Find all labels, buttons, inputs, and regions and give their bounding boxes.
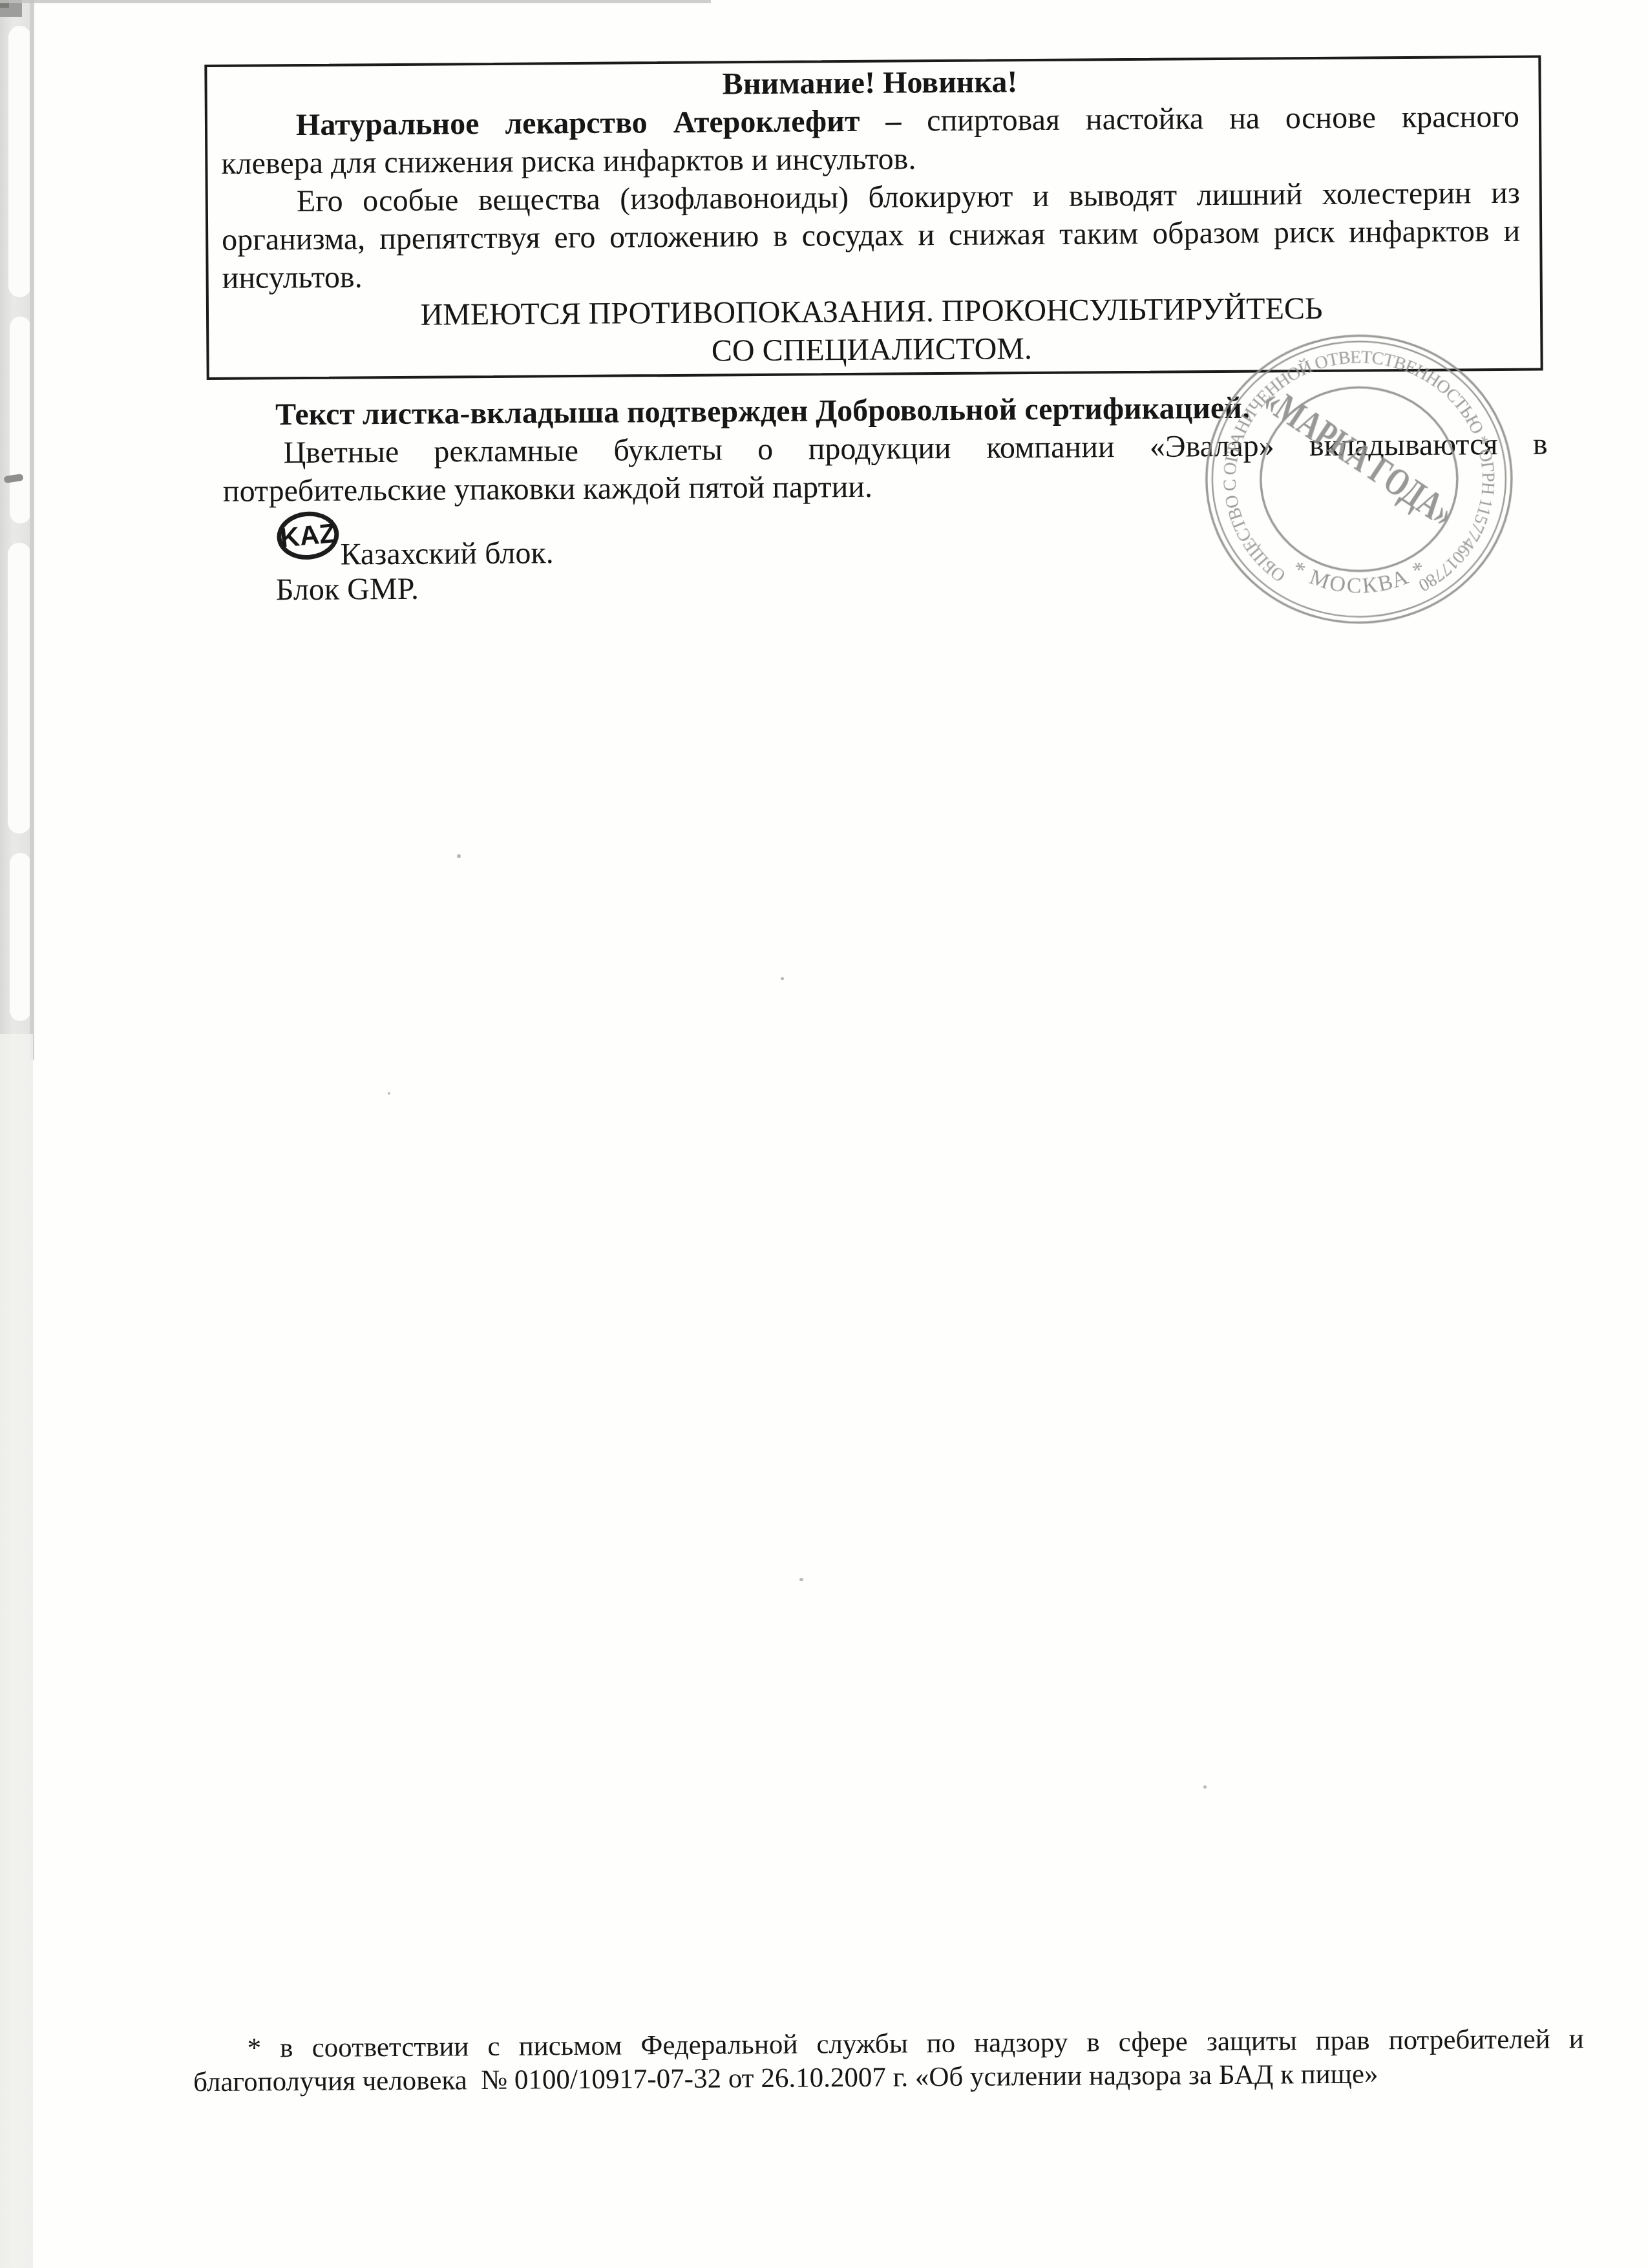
kaz-stamp-icon: KAZ: [275, 509, 341, 563]
product-name-bold: Натуральное лекарство Атероклефит –: [296, 103, 902, 142]
scanned-content: Внимание! Новинка! Натуральное лекарство…: [0, 0, 1648, 2268]
document-page: Внимание! Новинка! Натуральное лекарство…: [0, 0, 1648, 2268]
certification-line: Текст листка-вкладыша подтвержден Добров…: [275, 391, 1250, 432]
seal-center-text: «МАРКА ГОДА»: [1256, 378, 1463, 535]
svg-text:* МОСКВА *: * МОСКВА *: [1287, 556, 1431, 599]
kaz-stamp-label: KAZ: [279, 518, 337, 554]
gmp-block-line: Блок GMP.: [276, 570, 419, 609]
seal-city-text: * МОСКВА *: [1287, 556, 1431, 599]
footnote: * в соответствии с письмом Федеральной с…: [193, 2022, 1585, 2099]
paragraph-text: спиртовая настойка на основе красного: [901, 100, 1519, 138]
notice-heading: Внимание! Новинка!: [723, 65, 1018, 101]
round-seal-stamp: ОБЩЕСТВО С ОГРАНИЧЕННОЙ ОТВЕТСТВЕННОСТЬЮ…: [1198, 330, 1520, 629]
kazakh-block-line: Казахский блок.: [340, 534, 553, 573]
